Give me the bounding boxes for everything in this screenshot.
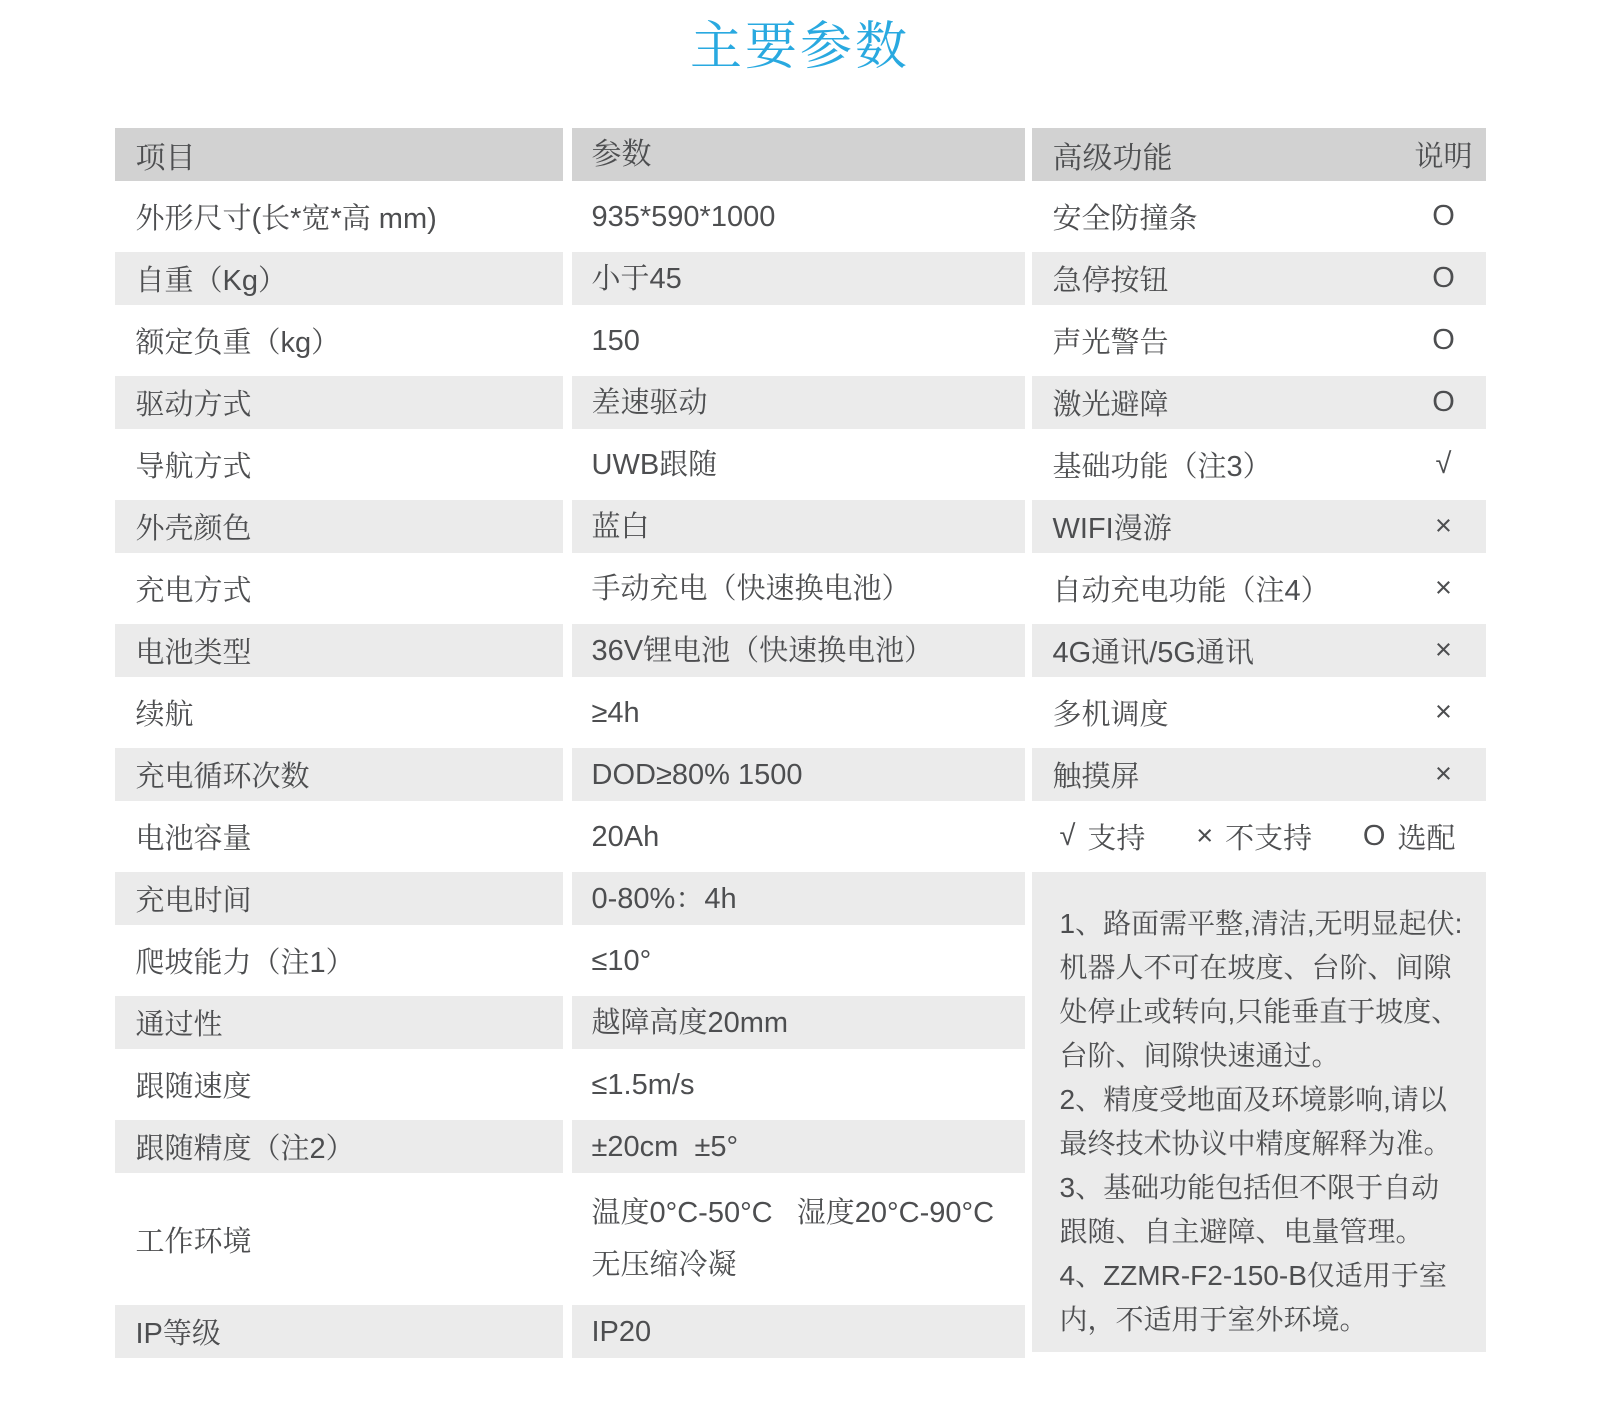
legend-label: 选配 bbox=[1397, 816, 1455, 857]
feature-label: 声光警告 bbox=[1053, 320, 1402, 361]
feature-label: 4G通讯/5G通讯 bbox=[1053, 630, 1402, 671]
spec-item-label: 工作环境 bbox=[115, 1182, 563, 1296]
features-table-header: 高级功能 说明 bbox=[1032, 128, 1486, 181]
feature-status: × bbox=[1402, 572, 1486, 605]
spec-item-label: 充电时间 bbox=[115, 872, 563, 925]
column-header-item: 项目 bbox=[115, 128, 563, 181]
spec-item-label: 电池容量 bbox=[115, 810, 563, 863]
note-item: 4、ZZMR-F2-150-B仅适用于室内，不适用于室外环境。 bbox=[1060, 1254, 1466, 1342]
table-row: 爬坡能力（注1） ≤10° bbox=[115, 934, 1025, 987]
spec-item-label: 充电方式 bbox=[115, 562, 563, 615]
feature-label: 急停按钮 bbox=[1053, 258, 1402, 299]
feature-row: 触摸屏 × bbox=[1032, 748, 1486, 801]
feature-row: 安全防撞条 O bbox=[1032, 190, 1486, 243]
spec-item-value: IP20 bbox=[572, 1305, 1025, 1358]
feature-status: × bbox=[1402, 510, 1486, 543]
cross-symbol: × bbox=[1196, 820, 1213, 853]
spec-item-value: DOD≥80% 1500 bbox=[572, 748, 1025, 801]
spec-item-value: 小于45 bbox=[572, 252, 1025, 305]
feature-label: 激光避障 bbox=[1053, 382, 1402, 423]
note-item: 3、基础功能包括但不限于自动跟随、自主避障、电量管理。 bbox=[1060, 1166, 1466, 1254]
table-row: 充电循环次数 DOD≥80% 1500 bbox=[115, 748, 1025, 801]
spec-item-value: ±20cm ±5° bbox=[572, 1120, 1025, 1173]
feature-label: 自动充电功能（注4） bbox=[1053, 568, 1402, 609]
feature-row: 激光避障 O bbox=[1032, 376, 1486, 429]
spec-item-label: 外形尺寸(长*宽*高 mm) bbox=[115, 190, 563, 243]
table-row: 续航 ≥4h bbox=[115, 686, 1025, 739]
notes-block: 1、路面需平整,清洁,无明显起伏:机器人不可在坡度、台阶、间隙处停止或转向,只能… bbox=[1032, 872, 1486, 1352]
feature-status: O bbox=[1402, 262, 1486, 295]
table-row: 额定负重（kg） 150 bbox=[115, 314, 1025, 367]
spec-item-value: 0-80%：4h bbox=[572, 872, 1025, 925]
feature-row: 急停按钮 O bbox=[1032, 252, 1486, 305]
spec-item-label: 通过性 bbox=[115, 996, 563, 1049]
note-item: 1、路面需平整,清洁,无明显起伏:机器人不可在坡度、台阶、间隙处停止或转向,只能… bbox=[1060, 902, 1466, 1078]
feature-status: × bbox=[1402, 696, 1486, 729]
feature-row: WIFI漫游 × bbox=[1032, 500, 1486, 553]
spec-item-label: 爬坡能力（注1） bbox=[115, 934, 563, 987]
feature-label: 多机调度 bbox=[1053, 692, 1402, 733]
spec-item-value: 935*590*1000 bbox=[572, 190, 1025, 243]
feature-status: × bbox=[1402, 758, 1486, 791]
features-table: 高级功能 说明 安全防撞条 O 急停按钮 O 声光警告 O 激光避障 O 基础功… bbox=[1032, 128, 1486, 1352]
feature-label: 安全防撞条 bbox=[1053, 196, 1402, 237]
spec-item-label: 充电循环次数 bbox=[115, 748, 563, 801]
feature-row: 基础功能（注3） √ bbox=[1032, 438, 1486, 491]
table-row: 电池容量 20Ah bbox=[115, 810, 1025, 863]
column-header-feature: 高级功能 bbox=[1053, 133, 1402, 177]
table-row: 充电方式 手动充电（快速换电池） bbox=[115, 562, 1025, 615]
table-row: 外壳颜色 蓝白 bbox=[115, 500, 1025, 553]
spec-item-value: ≤1.5m/s bbox=[572, 1058, 1025, 1111]
spec-item-value: 36V锂电池（快速换电池） bbox=[572, 624, 1025, 677]
spec-item-value: UWB跟随 bbox=[572, 438, 1025, 491]
check-symbol: √ bbox=[1060, 820, 1076, 853]
table-row: 外形尺寸(长*宽*高 mm) 935*590*1000 bbox=[115, 190, 1025, 243]
spec-item-label: 电池类型 bbox=[115, 624, 563, 677]
spec-item-value: ≤10° bbox=[572, 934, 1025, 987]
spec-sheet: 项目 参数 外形尺寸(长*宽*高 mm) 935*590*1000 自重（Kg）… bbox=[115, 128, 1486, 1367]
spec-table: 项目 参数 外形尺寸(长*宽*高 mm) 935*590*1000 自重（Kg）… bbox=[115, 128, 1025, 1367]
feature-row: 多机调度 × bbox=[1032, 686, 1486, 739]
feature-status: O bbox=[1402, 324, 1486, 357]
legend-item-optional: O 选配 bbox=[1363, 816, 1456, 857]
legend-label: 不支持 bbox=[1225, 816, 1312, 857]
feature-status: √ bbox=[1402, 448, 1486, 481]
legend-label: 支持 bbox=[1087, 816, 1145, 857]
spec-item-value: 20Ah bbox=[572, 810, 1025, 863]
optional-symbol: O bbox=[1363, 820, 1386, 853]
feature-status: O bbox=[1402, 200, 1486, 233]
spec-item-label: 导航方式 bbox=[115, 438, 563, 491]
spec-item-label: 跟随精度（注2） bbox=[115, 1120, 563, 1173]
spec-item-label: 额定负重（kg） bbox=[115, 314, 563, 367]
table-row: 工作环境 温度0°C-50°C 湿度20°C-90°C 无压缩冷凝 bbox=[115, 1182, 1025, 1296]
page-title: 主要参数 bbox=[0, 0, 1600, 80]
spec-item-value: 温度0°C-50°C 湿度20°C-90°C 无压缩冷凝 bbox=[572, 1182, 1025, 1296]
legend-item-support: √ 支持 bbox=[1060, 816, 1146, 857]
spec-item-value: 蓝白 bbox=[572, 500, 1025, 553]
spec-item-label: 自重（Kg） bbox=[115, 252, 563, 305]
spec-item-value: ≥4h bbox=[572, 686, 1025, 739]
spec-item-label: 驱动方式 bbox=[115, 376, 563, 429]
feature-status: O bbox=[1402, 386, 1486, 419]
note-item: 2、精度受地面及环境影响,请以最终技术协议中精度解释为准。 bbox=[1060, 1078, 1466, 1166]
legend-row: √ 支持 × 不支持 O 选配 bbox=[1032, 810, 1486, 863]
feature-label: 基础功能（注3） bbox=[1053, 444, 1402, 485]
spec-item-label: 跟随速度 bbox=[115, 1058, 563, 1111]
feature-row: 自动充电功能（注4） × bbox=[1032, 562, 1486, 615]
feature-label: WIFI漫游 bbox=[1053, 506, 1402, 547]
table-row: 驱动方式 差速驱动 bbox=[115, 376, 1025, 429]
feature-row: 声光警告 O bbox=[1032, 314, 1486, 367]
spec-table-header: 项目 参数 bbox=[115, 128, 1025, 181]
table-row: IP等级 IP20 bbox=[115, 1305, 1025, 1358]
legend-item-not-supported: × 不支持 bbox=[1196, 816, 1312, 857]
table-row: 导航方式 UWB跟随 bbox=[115, 438, 1025, 491]
table-row: 电池类型 36V锂电池（快速换电池） bbox=[115, 624, 1025, 677]
feature-label: 触摸屏 bbox=[1053, 754, 1402, 795]
table-row: 跟随精度（注2） ±20cm ±5° bbox=[115, 1120, 1025, 1173]
feature-status: × bbox=[1402, 634, 1486, 667]
table-row: 跟随速度 ≤1.5m/s bbox=[115, 1058, 1025, 1111]
column-header-status: 说明 bbox=[1402, 134, 1486, 175]
spec-item-label: 续航 bbox=[115, 686, 563, 739]
spec-item-value: 150 bbox=[572, 314, 1025, 367]
feature-row: 4G通讯/5G通讯 × bbox=[1032, 624, 1486, 677]
spec-item-value: 差速驱动 bbox=[572, 376, 1025, 429]
table-row: 充电时间 0-80%：4h bbox=[115, 872, 1025, 925]
table-row: 通过性 越障高度20mm bbox=[115, 996, 1025, 1049]
spec-item-value: 手动充电（快速换电池） bbox=[572, 562, 1025, 615]
spec-item-value: 越障高度20mm bbox=[572, 996, 1025, 1049]
column-header-value: 参数 bbox=[572, 128, 1025, 181]
spec-item-label: 外壳颜色 bbox=[115, 500, 563, 553]
table-row: 自重（Kg） 小于45 bbox=[115, 252, 1025, 305]
spec-item-label: IP等级 bbox=[115, 1305, 563, 1358]
